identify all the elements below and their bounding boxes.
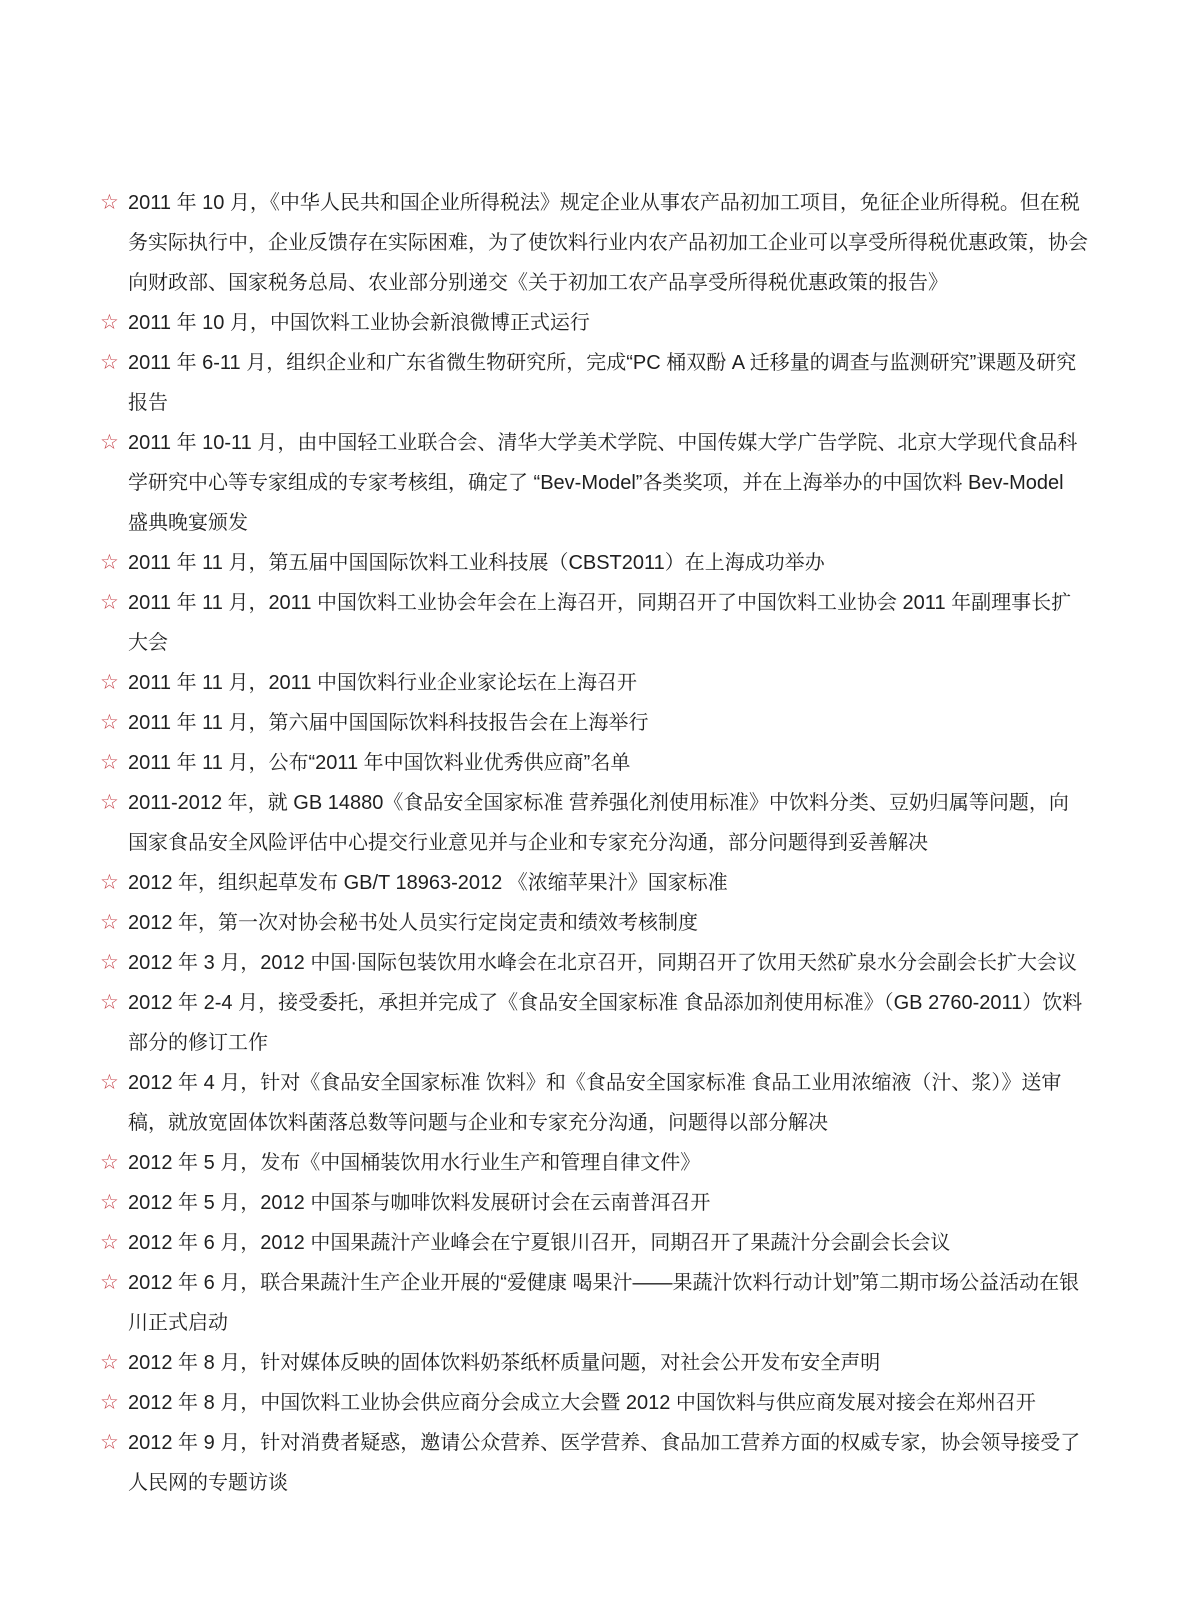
star-bullet-icon: ☆	[100, 903, 124, 943]
timeline-item-text: 2012 年 6 月，2012 中国果蔬汁产业峰会在宁夏银川召开，同期召开了果蔬…	[128, 1232, 950, 1254]
timeline-item-text: 2011 年 11 月，第五届中国国际饮料工业科技展（CBST2011）在上海成…	[128, 552, 825, 574]
star-bullet-icon: ☆	[100, 1343, 124, 1383]
timeline-item-text: 2011 年 11 月，公布“2011 年中国饮料业优秀供应商”名单	[128, 752, 630, 774]
timeline-item-text: 2012 年 9 月，针对消费者疑惑，邀请公众营养、医学营养、食品加工营养方面的…	[128, 1432, 1080, 1494]
timeline-item: ☆ 2012 年 6 月，2012 中国果蔬汁产业峰会在宁夏银川召开，同期召开了…	[100, 1223, 1088, 1263]
timeline-item-text: 2012 年 5 月，发布《中国桶装饮用水行业生产和管理自律文件》	[128, 1152, 700, 1174]
timeline-item: ☆ 2012 年 5 月，2012 中国茶与咖啡饮料发展研讨会在云南普洱召开	[100, 1183, 1088, 1223]
star-bullet-icon: ☆	[100, 1223, 124, 1263]
timeline-item-text: 2012 年 2-4 月，接受委托，承担并完成了《食品安全国家标准 食品添加剂使…	[128, 992, 1082, 1054]
timeline-item-text: 2012 年 4 月，针对《食品安全国家标准 饮料》和《食品安全国家标准 食品工…	[128, 1072, 1061, 1134]
star-bullet-icon: ☆	[100, 1143, 124, 1183]
timeline-item: ☆ 2012 年 2-4 月，接受委托，承担并完成了《食品安全国家标准 食品添加…	[100, 983, 1088, 1063]
star-bullet-icon: ☆	[100, 343, 124, 383]
timeline-item-text: 2011 年 10 月，《中华人民共和国企业所得税法》规定企业从事农产品初加工项…	[128, 192, 1088, 294]
timeline-item: ☆ 2011 年 11 月，2011 中国饮料工业协会年会在上海召开，同期召开了…	[100, 583, 1088, 663]
timeline-item: ☆ 2012 年 8 月，针对媒体反映的固体饮料奶茶纸杯质量问题，对社会公开发布…	[100, 1343, 1088, 1383]
timeline-item-text: 2011 年 10 月，中国饮料工业协会新浪微博正式运行	[128, 312, 590, 334]
star-bullet-icon: ☆	[100, 743, 124, 783]
timeline-item: ☆ 2011 年 11 月，公布“2011 年中国饮料业优秀供应商”名单	[100, 743, 1088, 783]
timeline-item: ☆ 2012 年 6 月，联合果蔬汁生产企业开展的“爱健康 喝果汁——果蔬汁饮料…	[100, 1263, 1088, 1343]
timeline-item-text: 2011 年 11 月，2011 中国饮料行业企业家论坛在上海召开	[128, 672, 637, 694]
star-bullet-icon: ☆	[100, 943, 124, 983]
timeline-item-text: 2012 年 8 月，中国饮料工业协会供应商分会成立大会暨 2012 中国饮料与…	[128, 1392, 1036, 1414]
timeline-item-text: 2012 年 6 月，联合果蔬汁生产企业开展的“爱健康 喝果汁——果蔬汁饮料行动…	[128, 1272, 1079, 1334]
timeline-item-text: 2011 年 11 月，2011 中国饮料工业协会年会在上海召开，同期召开了中国…	[128, 592, 1071, 654]
timeline-item: ☆ 2011 年 11 月，第五届中国国际饮料工业科技展（CBST2011）在上…	[100, 543, 1088, 583]
timeline-item: ☆ 2011 年 10-11 月，由中国轻工业联合会、清华大学美术学院、中国传媒…	[100, 423, 1088, 543]
document-page: ☆ 2011 年 10 月，《中华人民共和国企业所得税法》规定企业从事农产品初加…	[0, 0, 1178, 1600]
star-bullet-icon: ☆	[100, 663, 124, 703]
star-bullet-icon: ☆	[100, 1383, 124, 1423]
timeline-item-text: 2011 年 11 月，第六届中国国际饮料科技报告会在上海举行	[128, 712, 648, 734]
star-bullet-icon: ☆	[100, 703, 124, 743]
timeline-item-text: 2011-2012 年，就 GB 14880《食品安全国家标准 营养强化剂使用标…	[128, 792, 1069, 854]
timeline-item-text: 2011 年 10-11 月，由中国轻工业联合会、清华大学美术学院、中国传媒大学…	[128, 432, 1077, 534]
timeline-item: ☆ 2012 年 4 月，针对《食品安全国家标准 饮料》和《食品安全国家标准 食…	[100, 1063, 1088, 1143]
timeline-item: ☆ 2012 年 9 月，针对消费者疑惑，邀请公众营养、医学营养、食品加工营养方…	[100, 1423, 1088, 1503]
timeline-item: ☆ 2011 年 11 月，2011 中国饮料行业企业家论坛在上海召开	[100, 663, 1088, 703]
timeline-item: ☆ 2012 年，第一次对协会秘书处人员实行定岗定责和绩效考核制度	[100, 903, 1088, 943]
timeline-item: ☆ 2012 年 3 月，2012 中国·国际包装饮用水峰会在北京召开，同期召开…	[100, 943, 1088, 983]
star-bullet-icon: ☆	[100, 1423, 124, 1463]
star-bullet-icon: ☆	[100, 1183, 124, 1223]
timeline-item: ☆ 2011 年 11 月，第六届中国国际饮料科技报告会在上海举行	[100, 703, 1088, 743]
timeline-item: ☆ 2011-2012 年，就 GB 14880《食品安全国家标准 营养强化剂使…	[100, 783, 1088, 863]
star-bullet-icon: ☆	[100, 543, 124, 583]
timeline-item: ☆ 2011 年 10 月，中国饮料工业协会新浪微博正式运行	[100, 303, 1088, 343]
timeline-list: ☆ 2011 年 10 月，《中华人民共和国企业所得税法》规定企业从事农产品初加…	[100, 183, 1088, 1503]
star-bullet-icon: ☆	[100, 303, 124, 343]
timeline-item: ☆ 2012 年 5 月，发布《中国桶装饮用水行业生产和管理自律文件》	[100, 1143, 1088, 1183]
star-bullet-icon: ☆	[100, 183, 124, 223]
star-bullet-icon: ☆	[100, 1063, 124, 1103]
timeline-item: ☆ 2011 年 10 月，《中华人民共和国企业所得税法》规定企业从事农产品初加…	[100, 183, 1088, 303]
star-bullet-icon: ☆	[100, 863, 124, 903]
timeline-item: ☆ 2012 年 8 月，中国饮料工业协会供应商分会成立大会暨 2012 中国饮…	[100, 1383, 1088, 1423]
star-bullet-icon: ☆	[100, 1263, 124, 1303]
timeline-item-text: 2012 年 5 月，2012 中国茶与咖啡饮料发展研讨会在云南普洱召开	[128, 1192, 710, 1214]
star-bullet-icon: ☆	[100, 783, 124, 823]
star-bullet-icon: ☆	[100, 583, 124, 623]
timeline-item-text: 2012 年，第一次对协会秘书处人员实行定岗定责和绩效考核制度	[128, 912, 698, 934]
star-bullet-icon: ☆	[100, 423, 124, 463]
timeline-item-text: 2012 年 8 月，针对媒体反映的固体饮料奶茶纸杯质量问题，对社会公开发布安全…	[128, 1352, 880, 1374]
timeline-item-text: 2012 年 3 月，2012 中国·国际包装饮用水峰会在北京召开，同期召开了饮…	[128, 952, 1077, 974]
star-bullet-icon: ☆	[100, 983, 124, 1023]
timeline-item-text: 2011 年 6-11 月，组织企业和广东省微生物研究所，完成“PC 桶双酚 A…	[128, 352, 1076, 414]
timeline-item-text: 2012 年，组织起草发布 GB/T 18963-2012 《浓缩苹果汁》国家标…	[128, 872, 728, 894]
timeline-item: ☆ 2012 年，组织起草发布 GB/T 18963-2012 《浓缩苹果汁》国…	[100, 863, 1088, 903]
timeline-item: ☆ 2011 年 6-11 月，组织企业和广东省微生物研究所，完成“PC 桶双酚…	[100, 343, 1088, 423]
